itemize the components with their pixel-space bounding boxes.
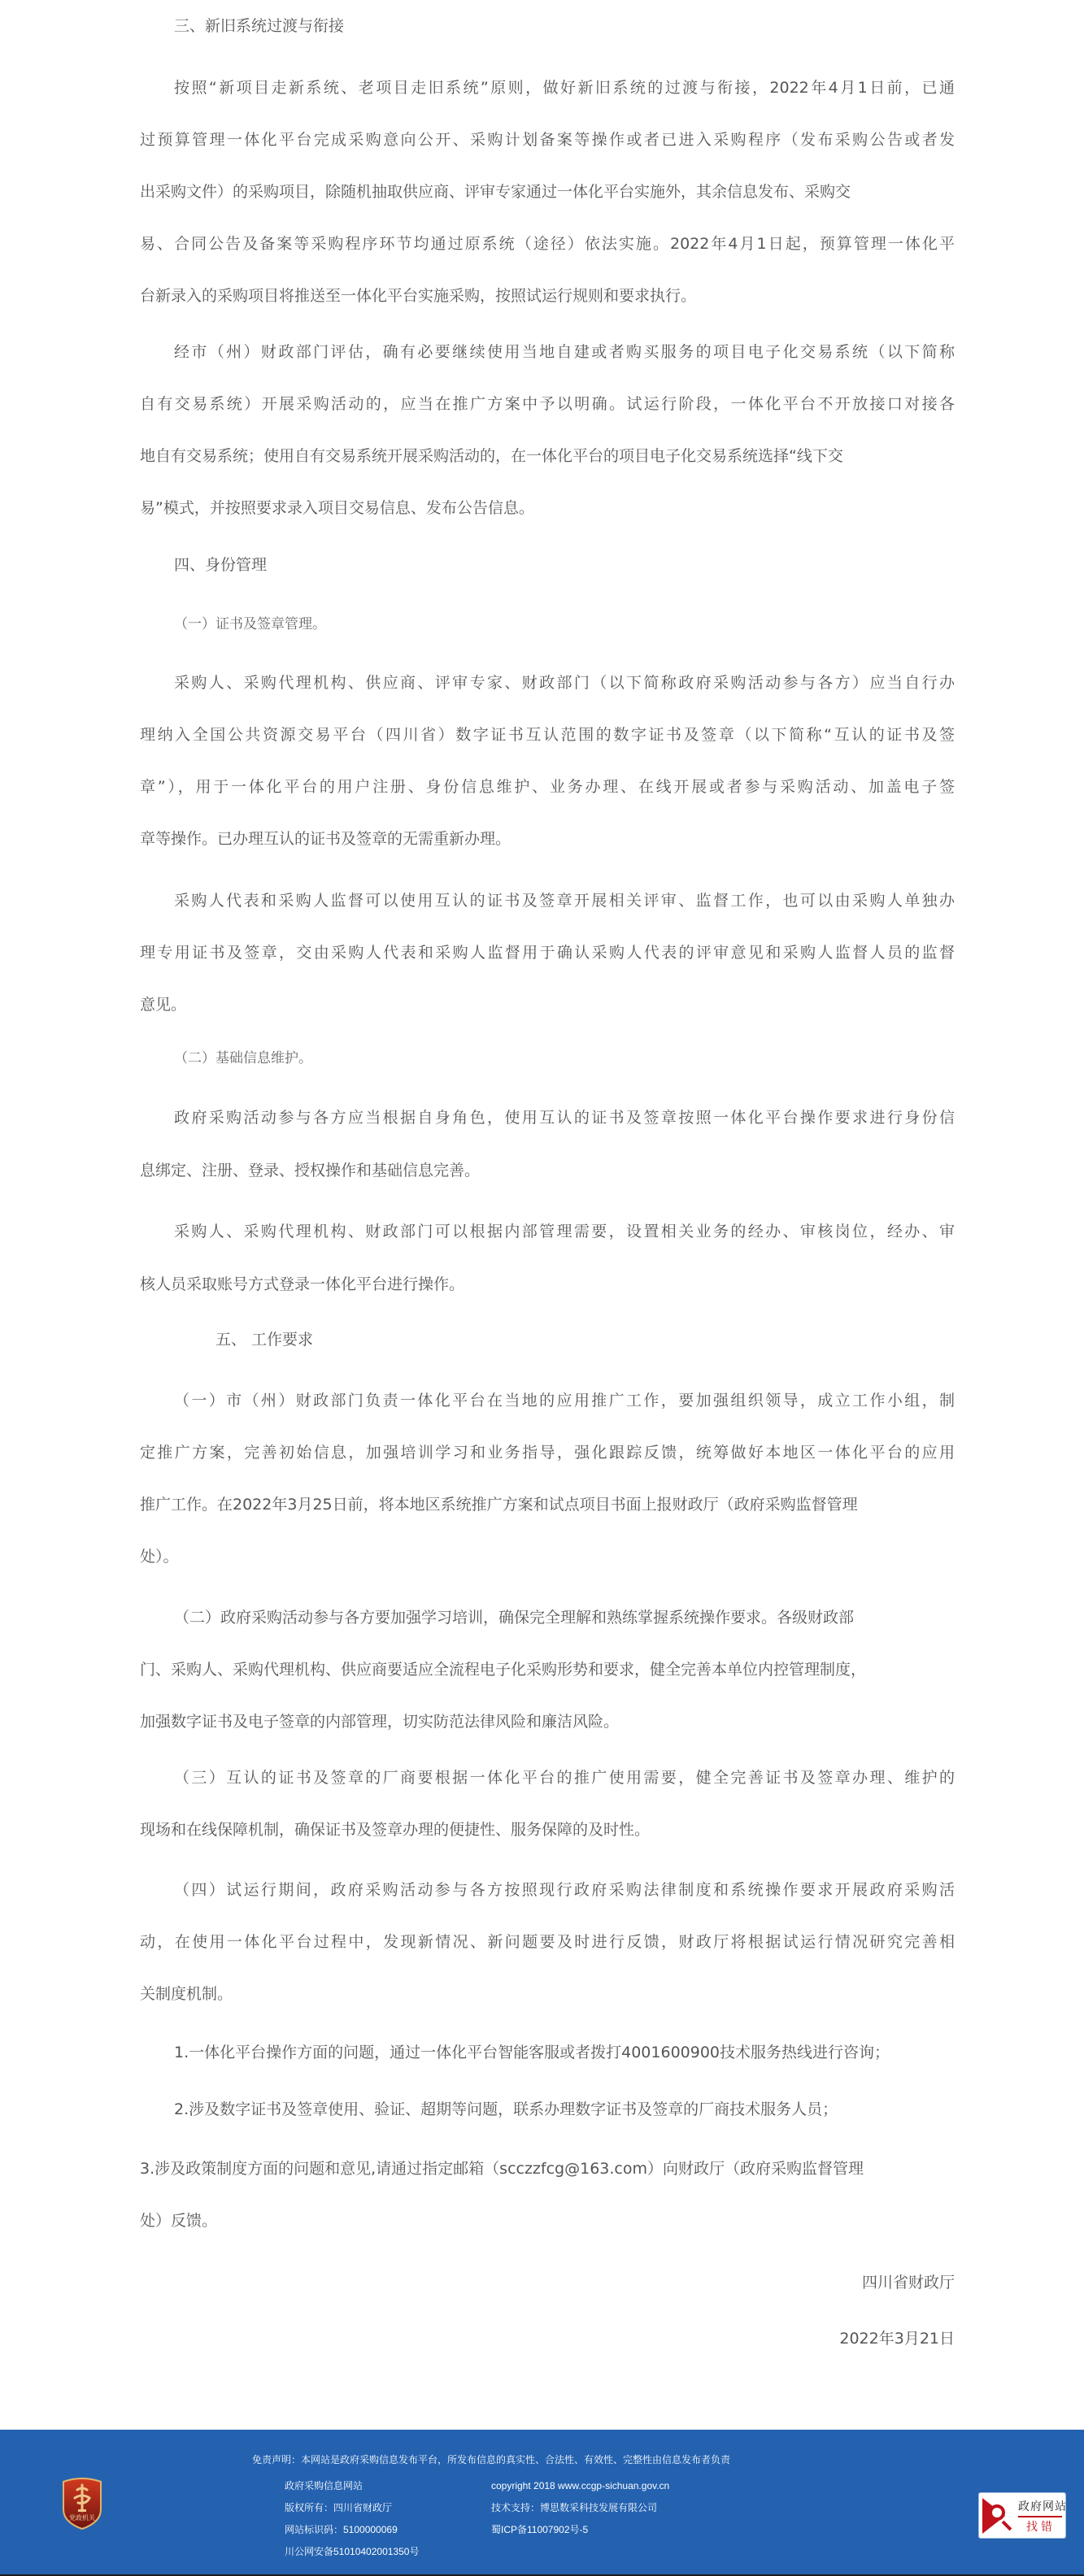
document-date: 2022年3月21日: [839, 2329, 955, 2348]
footer-icp-link[interactable]: 蜀ICP备11007902号-5: [491, 2523, 588, 2536]
paragraph-line: 采购人代表和采购人监督可以使用互认的证书及签章开展相关评审、监督工作，也可以由采…: [174, 891, 955, 910]
footer-disclaimer: 免责声明：本网站是政府采购信息发布平台，所发布信息的真实性、合法性、有效性、完整…: [252, 2453, 730, 2466]
section-heading: 四、身份管理: [174, 555, 267, 575]
paragraph-line: 处）。: [140, 1547, 179, 1566]
paragraph-line: 过预算管理一体化平台完成采购意向公开、采购计划备案等操作或者已进入采购程序（发布…: [140, 130, 955, 150]
paragraph-line: 出采购文件）的采购项目，除随机抽取供应商、评审专家通过一体化平台实施外，其余信息…: [140, 182, 851, 202]
footer-copyright-link[interactable]: copyright 2018 www.ccgp-sichuan.gov.cn: [491, 2479, 669, 2492]
paragraph-line: 政府采购活动参与各方应当根据自身角色，使用互认的证书及签章按照一体化平台操作要求…: [174, 1108, 955, 1127]
paragraph-line: 动，在使用一体化平台过程中，发现新情况、新问题要及时进行反馈，财政厅将根据试运行…: [140, 1932, 955, 1952]
paragraph-line: 现场和在线保障机制，确保证书及签章办理的便捷性、服务保障的及时性。: [140, 1820, 650, 1840]
find-error-label: 找错: [1026, 2518, 1056, 2535]
subsection-heading: （二）基础信息维护。: [174, 1049, 312, 1068]
paragraph-line: 地自有交易系统；使用自有交易系统开展采购活动的，在一体化平台的项目电子化交易系统…: [140, 446, 843, 466]
paragraph-line: （三）互认的证书及签章的厂商要根据一体化平台的推广使用需要，健全完善证书及签章办…: [174, 1768, 955, 1788]
paragraph-line: 台新录入的采购项目将推送至一体化平台实施采购，按照试运行规则和要求执行。: [140, 286, 696, 306]
paragraph-line: （二）政府采购活动参与各方要加强学习培训，确保完全理解和熟练掌握系统操作要求。各…: [174, 1608, 854, 1627]
section-heading: 五、 工作要求: [215, 1330, 313, 1349]
paragraph-line: 章等操作。已办理互认的证书及签章的无需重新办理。: [140, 829, 511, 849]
contact-item: 1.一体化平台操作方面的问题，通过一体化平台智能客服或者拨打4001600900…: [174, 2043, 890, 2062]
paragraph-line: 易、合同公告及备案等采购程序环节均通过原系统（途径）依法实施。2022年4月1日…: [140, 234, 955, 254]
paragraph-line: 定推广方案，完善初始信息，加强培训学习和业务指导，强化跟踪反馈，统筹做好本地区一…: [140, 1443, 955, 1462]
signature: 四川省财政厅: [862, 2273, 955, 2292]
subsection-heading: （一）证书及签章管理。: [174, 615, 326, 634]
paragraph-line: 采购人、采购代理机构、财政部门可以根据内部管理需要，设置相关业务的经办、审核岗位…: [174, 1222, 955, 1241]
section-heading: 三、新旧系统过渡与衔接: [174, 16, 344, 36]
paragraph-line: 章”），用于一体化平台的用户注册、身份信息维护、业务办理、在线开展或者参与采购活…: [140, 777, 955, 797]
paragraph-line: 关制度机制。: [140, 1984, 233, 2004]
paragraph-line: 息绑定、注册、登录、授权操作和基础信息完善。: [140, 1161, 480, 1180]
paragraph-line: 加强数字证书及电子签章的内部管理，切实防范法律风险和廉洁风险。: [140, 1712, 619, 1731]
footer-tech-support: 技术支持：博思数采科技发展有限公司: [491, 2501, 657, 2514]
paragraph-line: 核人员采取账号方式登录一体化平台进行操作。: [140, 1275, 464, 1294]
paragraph-line: 门、采购人、采购代理机构、供应商要适应全流程电子化采购形势和要求，健全完善本单位…: [140, 1660, 866, 1679]
footer-site-name: 政府采购信息网站: [285, 2479, 363, 2492]
paragraph-line: （一）市（州）财政部门负责一体化平台在当地的应用推广工作，要加强组织领导，成立工…: [174, 1391, 955, 1410]
paragraph-line: 意见。: [140, 995, 186, 1014]
paragraph-line: 推广工作。在2022年3月25日前，将本地区系统推广方案和试点项目书面上报财政厅…: [140, 1495, 858, 1514]
paragraph-line: 理专用证书及签章，交由采购人代表和采购人监督用于确认采购人代表的评审意见和采购人…: [140, 943, 955, 962]
footer-copyright-owner: 版权所有：四川省财政厅: [285, 2501, 392, 2514]
footer-police-record-link[interactable]: 川公网安备51010402001350号: [285, 2545, 419, 2558]
paragraph-line: 经市（州）财政部门评估，确有必要继续使用当地自建或者购买服务的项目电子化交易系统…: [174, 342, 955, 362]
find-error-title: 政府网站: [1018, 2498, 1067, 2514]
find-error-divider: [1018, 2516, 1062, 2517]
paragraph-line: 理纳入全国公共资源交易平台（四川省）数字证书互认范围的数字证书及签章（以下简称“…: [140, 725, 955, 745]
paragraph-line: 按照“新项目走新系统、老项目走旧系统”原则，做好新旧系统的过渡与衔接，2022年…: [174, 78, 955, 98]
paragraph-line: 采购人、采购代理机构、供应商、评审专家、财政部门（以下简称政府采购活动参与各方）…: [174, 673, 955, 693]
footer-site-code: 网站标识码：5100000069: [285, 2523, 398, 2536]
paragraph-line: 易”模式，并按照要求录入项目交易信息、发布公告信息。: [140, 498, 534, 518]
paragraph-line: 自有交易系统）开展采购活动的，应当在推广方案中予以明确。试运行阶段，一体化平台不…: [140, 394, 955, 414]
svg-text:党政机关: 党政机关: [69, 2513, 95, 2522]
contact-item: 处）反馈。: [140, 2211, 217, 2231]
magnifier-icon: [989, 2504, 1005, 2521]
find-error-button[interactable]: 政府网站 找错: [978, 2492, 1066, 2539]
contact-item: 3.涉及政策制度方面的问题和意见,请通过指定邮箱（scczzfcg@163.co…: [140, 2159, 864, 2179]
party-badge-icon: 党政机关: [60, 2477, 104, 2530]
contact-item: 2.涉及数字证书及签章使用、验证、超期等问题，联系办理数字证书及签章的厂商技术服…: [174, 2100, 838, 2119]
paragraph-line: （四）试运行期间，政府采购活动参与各方按照现行政府采购法律制度和系统操作要求开展…: [174, 1880, 955, 1900]
party-government-badge[interactable]: 党政机关: [60, 2477, 104, 2530]
